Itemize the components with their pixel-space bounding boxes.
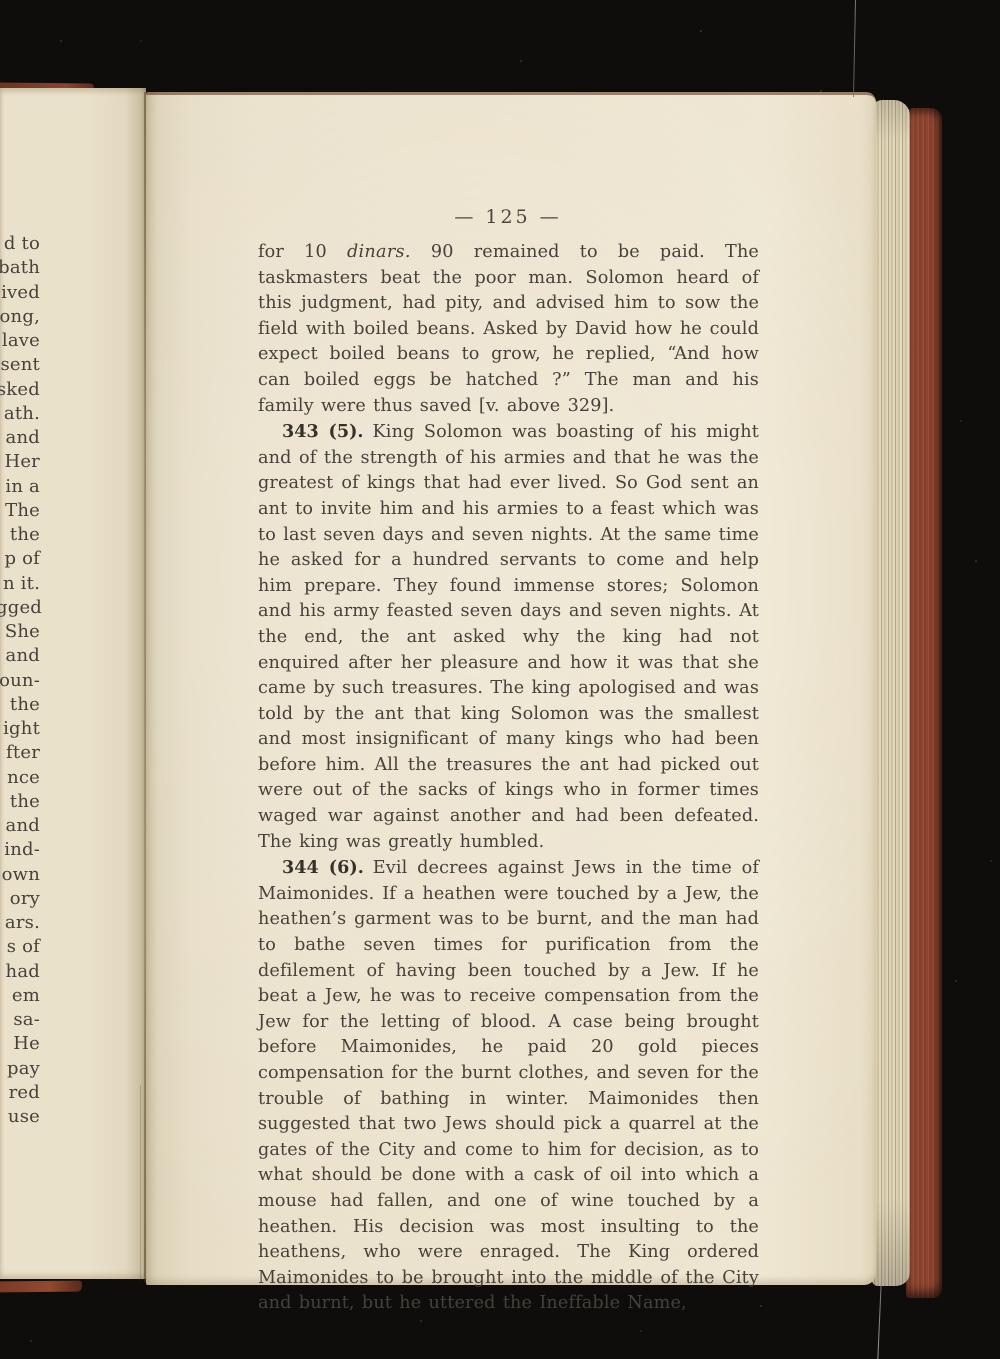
stray-fiber-bottom	[877, 1283, 881, 1359]
left-page-text-fragments: d to bath ived ong, lave sent sked ath. …	[0, 232, 40, 1129]
paragraph-continuation-italic: dinars.	[347, 242, 411, 262]
paragraph-continuation: for 10 dinars. 90 remained to be paid. T…	[258, 240, 759, 419]
page-body-text: for 10 dinars. 90 remained to be paid. T…	[258, 240, 759, 1317]
paragraph-344-text: Evil decrees against Jews in the time of…	[258, 858, 759, 1313]
scan-background: d to bath ived ong, lave sent sked ath. …	[0, 0, 1000, 1359]
book-cover-bottom-left-edge	[0, 1281, 82, 1293]
paragraph-continuation-pre: for 10	[258, 242, 347, 262]
left-page-sliver: d to bath ived ong, lave sent sked ath. …	[0, 88, 146, 1279]
page-number: — 125 —	[258, 206, 758, 228]
page-stack-fore-edge	[872, 100, 910, 1286]
paragraph-343-text: King Solomon was boasting of his might a…	[258, 422, 759, 852]
gutter-crease	[144, 92, 146, 1282]
stray-fiber-top	[853, 0, 856, 97]
paragraph-343: 343 (5). King Solomon was boasting of hi…	[258, 419, 759, 855]
paper-crease	[140, 1085, 141, 1281]
dust-speckles	[0, 0, 2, 2]
book-cover-right-edge	[906, 108, 942, 1298]
paragraph-343-number: 343 (5).	[282, 421, 364, 442]
paragraph-344-number: 344 (6).	[282, 857, 364, 878]
paragraph-continuation-post: 90 remained to be paid. The taskmasters …	[258, 242, 759, 416]
paragraph-344: 344 (6). Evil decrees against Jews in th…	[258, 855, 759, 1317]
